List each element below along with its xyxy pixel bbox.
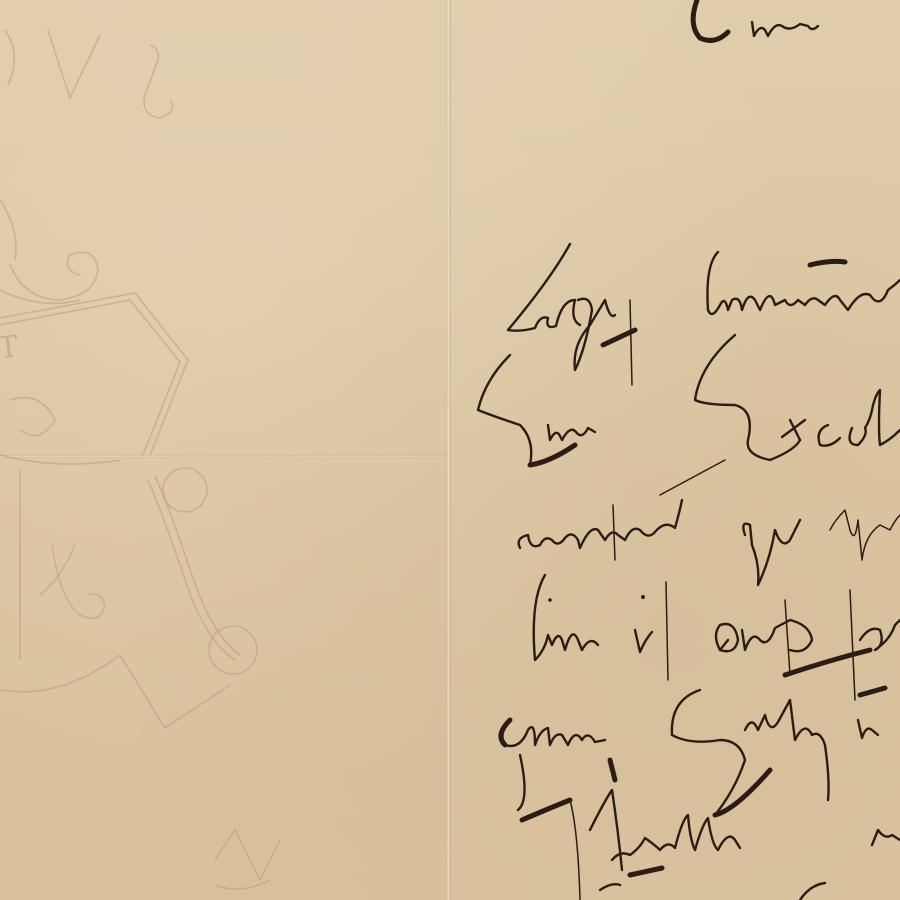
line-three [519, 500, 900, 585]
letter-scan: TRADE [0, 0, 900, 900]
line-five [501, 688, 885, 815]
line-ich-erwarte [522, 790, 900, 900]
handwritten-text [0, 0, 900, 900]
header-euer [693, 0, 818, 40]
line-euer-excellenz [478, 335, 900, 495]
line-bitte-ich-diese-zeilen [534, 575, 900, 700]
line-lebhaft-bedauernd [508, 244, 900, 385]
